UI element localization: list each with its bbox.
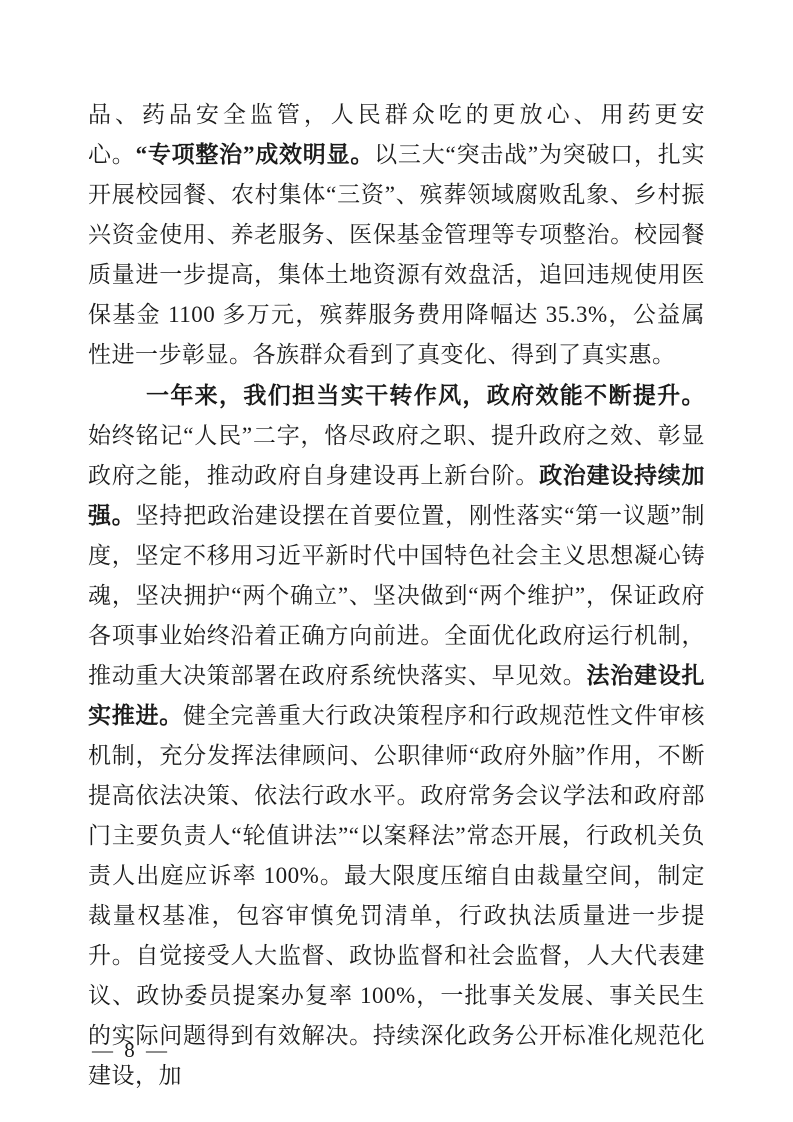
page-body: 品、药品安全监管，人民群众吃的更放心、用药更安心。“专项整治”成效明显。以三大“… [88,95,705,1096]
page-number: — 8 — [92,1036,170,1064]
paragraph-government-effectiveness: 一年来，我们担当实干转作风，政府效能不断提升。始终铭记“人民”二字，恪尽政府之职… [88,375,705,1096]
paragraph-continuation: 品、药品安全监管，人民群众吃的更放心、用药更安心。“专项整治”成效明显。以三大“… [88,95,705,375]
body-text: 坚持把政治建设摆在首要位置，刚性落实“第一议题”制度，坚定不移用习近平新时代中国… [88,503,705,688]
body-text: 以三大“突击战”为突破口，扎实开展校园餐、农村集体“三资”、殡葬领域腐败乱象、乡… [88,142,705,367]
paragraph-lead-heading: 一年来，我们担当实干转作风，政府效能不断提升。 [146,382,705,408]
document-page: 品、药品安全监管，人民群众吃的更放心、用药更安心。“专项整治”成效明显。以三大“… [0,0,793,1122]
body-text: 健全完善重大行政决策程序和行政规范性文件审核机制，充分发挥法律顾问、公职律师“政… [88,703,705,1088]
inline-heading-special-rectification: “专项整治”成效明显。 [136,142,375,167]
